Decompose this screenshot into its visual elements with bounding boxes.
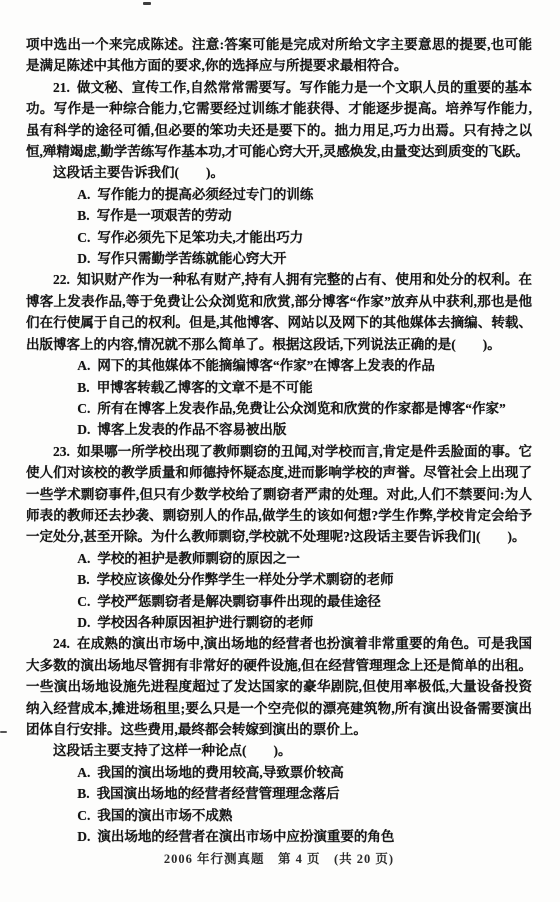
question-21: 21.做文秘、宣传工作,自然常常需要写。写作能力是一个文职人员的重要的基本功。写… <box>26 77 532 270</box>
option-23-b: B.学校应该像处分作弊学生一样处分学术剽窃的老师 <box>26 569 532 590</box>
question-23: 23.如果哪一所学校出现了教师剽窃的丑闻,对学校而言,肯定是件丢脸面的事。它使人… <box>26 441 532 634</box>
scan-artifact <box>143 2 151 5</box>
option-22-c: C.所有在博客上发表作品,免费让公众浏览和欣赏的作家都是博客“作家” <box>26 398 532 419</box>
question-21-prompt: 这段话主要告诉我们( )。 <box>26 162 532 183</box>
option-text: 学校应该像处分作弊学生一样处分学术剽窃的老师 <box>97 572 394 587</box>
option-text: 学校严惩剽窃者是解决剽窃事件出现的最佳途径 <box>97 594 381 609</box>
option-label: A. <box>77 765 90 780</box>
question-23-body: 23.如果哪一所学校出现了教师剽窃的丑闻,对学校而言,肯定是件丢脸面的事。它使人… <box>26 441 532 548</box>
exam-page: 项中选出一个来完成陈述。注意:答案可能是完成对所给文字主要意思的提要,也可能是满… <box>0 0 560 902</box>
option-24-b: B.我国演出场地的经营者经营管理理念落后 <box>26 783 532 804</box>
option-21-a: A.写作能力的提高必须经过专门的训练 <box>26 184 532 205</box>
option-text: 学校因各种原因袒护进行剽窃的老师 <box>97 615 313 630</box>
option-24-a: A.我国的演出场地的费用较高,导致票价较高 <box>26 762 532 783</box>
option-21-c: C.写作必须先下足笨功夫,才能出巧力 <box>26 227 532 248</box>
option-24-c: C.我国的演出市场不成熟 <box>26 805 532 826</box>
option-text: 我国的演出市场不成熟 <box>97 808 232 823</box>
option-23-d: D.学校因各种原因袒护进行剽窃的老师 <box>26 612 532 633</box>
option-label: A. <box>77 187 90 202</box>
option-23-c: C.学校严惩剽窃者是解决剽窃事件出现的最佳途径 <box>26 591 532 612</box>
option-22-a: A.网下的其他媒体不能摘编博客“作家”在博客上发表的作品 <box>26 355 532 376</box>
option-21-b: B.写作是一项艰苦的劳动 <box>26 205 532 226</box>
option-21-d: D.写作只需勤学苦练就能心窍大开 <box>26 248 532 269</box>
option-label: D. <box>77 829 90 844</box>
option-label: A. <box>77 551 90 566</box>
option-label: D. <box>77 422 90 437</box>
option-label: C. <box>77 230 90 245</box>
question-24-prompt: 这段话主要支持了这样一种论点( )。 <box>26 740 532 761</box>
question-21-body: 21.做文秘、宣传工作,自然常常需要写。写作能力是一个文职人员的重要的基本功。写… <box>26 77 532 163</box>
option-label: A. <box>77 358 90 373</box>
question-24-text: 在成熟的演出市场中,演出场地的经营者也扮演着非常重要的角色。可是我国大多数的演出… <box>26 636 532 737</box>
question-24: 24.在成熟的演出市场中,演出场地的经营者也扮演着非常重要的角色。可是我国大多数… <box>26 633 532 847</box>
option-label: B. <box>77 380 89 395</box>
option-text: 我国演出场地的经营者经营管理理念落后 <box>97 786 340 801</box>
option-22-b: B.甲博客转载乙博客的文章不是不可能 <box>26 377 532 398</box>
question-22-text: 知识财产作为一种私有财产,持有人拥有完整的占有、使用和处分的权利。在博客上发表作… <box>26 272 532 351</box>
question-22-number: 22. <box>53 272 70 287</box>
scan-artifact <box>0 731 7 733</box>
option-24-d: D.演出场地的经营者在演出市场中应扮演重要的角色 <box>26 826 532 847</box>
option-text: 写作能力的提高必须经过专门的训练 <box>97 187 313 202</box>
option-label: B. <box>77 208 89 223</box>
question-21-text: 做文秘、宣传工作,自然常常需要写。写作能力是一个文职人员的重要的基本功。写作是一… <box>26 80 532 159</box>
option-text: 博客上发表的作品不容易被出版 <box>97 422 286 437</box>
option-label: B. <box>77 572 89 587</box>
option-text: 写作是一项艰苦的劳动 <box>97 208 232 223</box>
option-22-d: D.博客上发表的作品不容易被出版 <box>26 419 532 440</box>
option-text: 学校的袒护是教师剽窃的原因之一 <box>97 551 300 566</box>
option-23-a: A.学校的袒护是教师剽窃的原因之一 <box>26 548 532 569</box>
option-text: 演出场地的经营者在演出市场中应扮演重要的角色 <box>97 829 394 844</box>
option-label: C. <box>77 808 90 823</box>
option-label: D. <box>77 251 90 266</box>
exam-instructions: 项中选出一个来完成陈述。注意:答案可能是完成对所给文字主要意思的提要,也可能是满… <box>26 34 532 77</box>
option-text: 所有在博客上发表作品,免费让公众浏览和欣赏的作家都是博客“作家” <box>97 401 505 416</box>
option-text: 我国的演出场地的费用较高,导致票价较高 <box>97 765 343 780</box>
page-footer: 2006 年行测真题 第 4 页 (共 20 页) <box>26 849 532 870</box>
question-23-text: 如果哪一所学校出现了教师剽窃的丑闻,对学校而言,肯定是件丢脸面的事。它使人们对该… <box>26 444 532 545</box>
option-text: 网下的其他媒体不能摘编博客“作家”在博客上发表的作品 <box>97 358 435 373</box>
page-content: 项中选出一个来完成陈述。注意:答案可能是完成对所给文字主要意思的提要,也可能是满… <box>26 34 532 871</box>
question-24-body: 24.在成熟的演出市场中,演出场地的经营者也扮演着非常重要的角色。可是我国大多数… <box>26 633 532 740</box>
option-label: B. <box>77 786 89 801</box>
question-23-number: 23. <box>53 444 70 459</box>
question-21-number: 21. <box>53 80 70 95</box>
option-text: 写作只需勤学苦练就能心窍大开 <box>97 251 286 266</box>
question-22: 22.知识财产作为一种私有财产,持有人拥有完整的占有、使用和处分的权利。在博客上… <box>26 269 532 440</box>
option-text: 写作必须先下足笨功夫,才能出巧力 <box>97 230 303 245</box>
question-22-body: 22.知识财产作为一种私有财产,持有人拥有完整的占有、使用和处分的权利。在博客上… <box>26 269 532 355</box>
option-label: D. <box>77 615 90 630</box>
option-label: C. <box>77 401 90 416</box>
option-text: 甲博客转载乙博客的文章不是不可能 <box>97 380 313 395</box>
option-label: C. <box>77 594 90 609</box>
question-24-number: 24. <box>53 636 70 651</box>
